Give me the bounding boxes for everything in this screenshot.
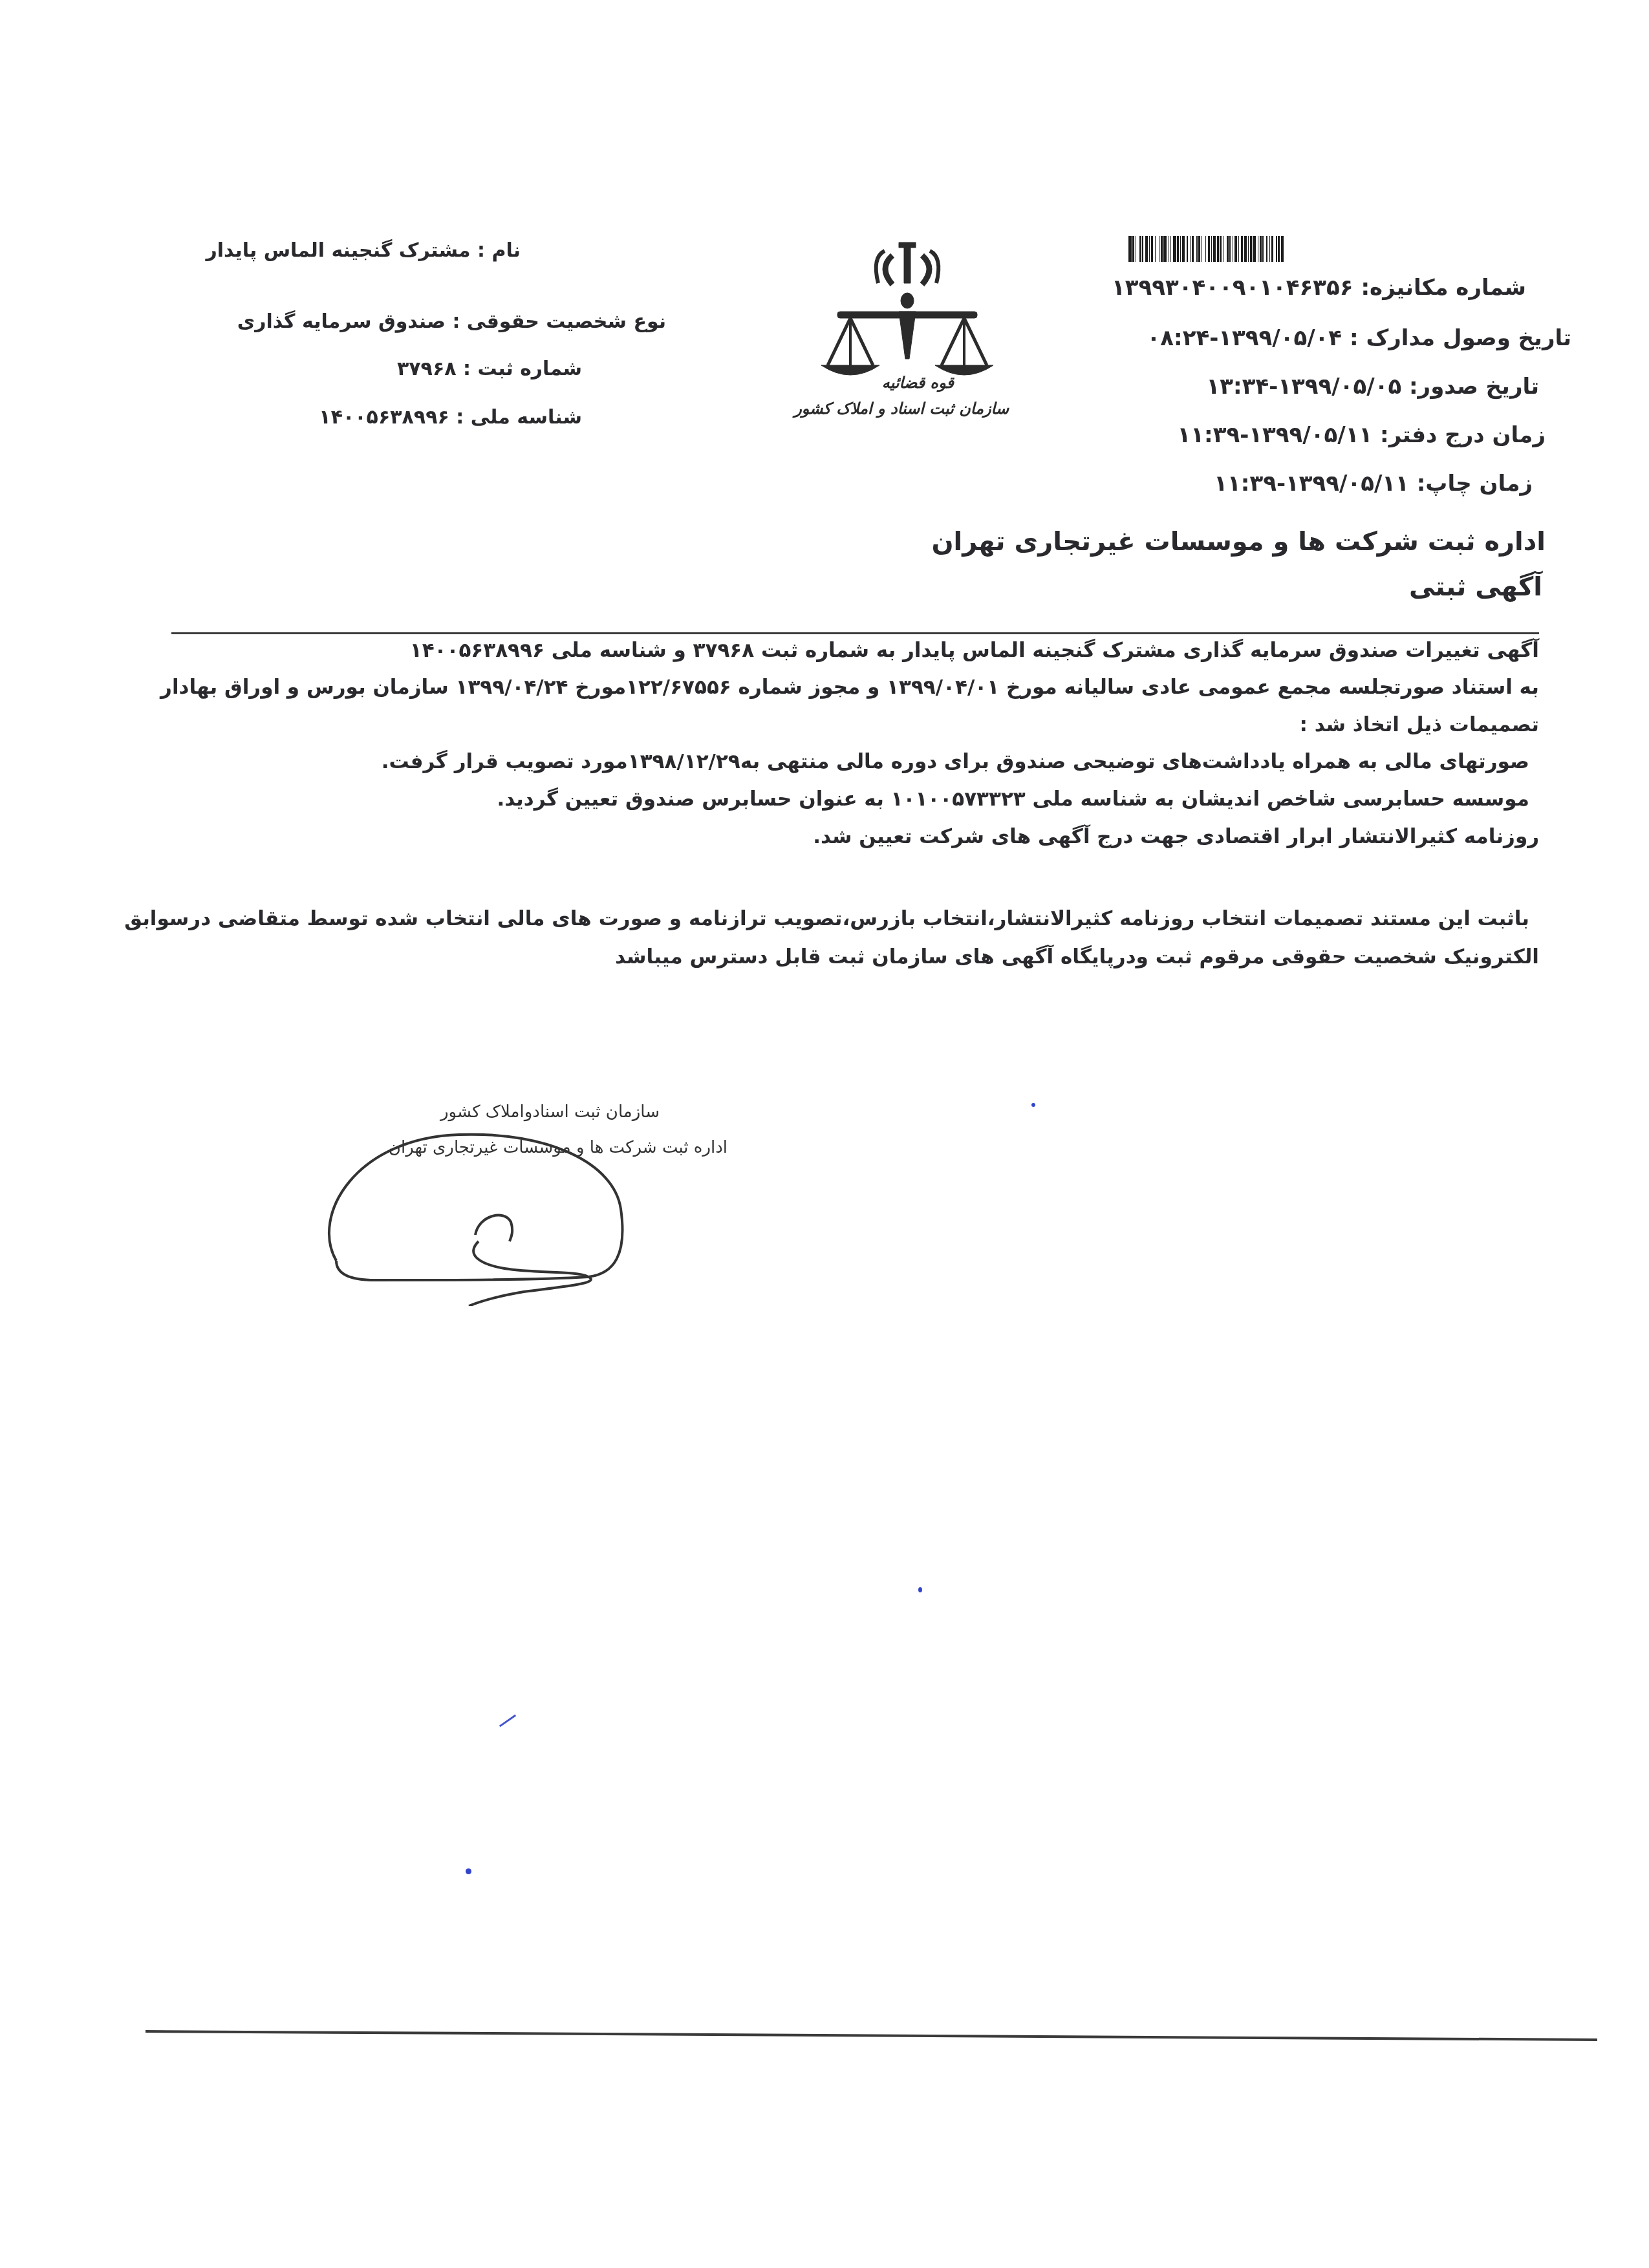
entity-name-value: مشترک گنجینه الماس پایدار: [206, 239, 471, 262]
stray-ink-speck: [1031, 1103, 1035, 1107]
signature-org-line: سازمان ثبت اسنادواملاک کشور: [440, 1102, 660, 1122]
stray-ink-mark: [499, 1715, 516, 1728]
section-divider: [171, 632, 1539, 634]
issue-date: تاریخ صدور: ۱۳۹۹/۰۵/۰۵-۱۳:۳۴: [1207, 374, 1539, 400]
office-title: اداره ثبت شرکت ها و موسسات غیرتجاری تهرا…: [931, 527, 1546, 557]
handwritten-signature: [317, 1125, 679, 1306]
issue-date-value: ۱۳۹۹/۰۵/۰۵-۱۳:۳۴: [1207, 374, 1402, 400]
entity-legal-type: نوع شخصیت حقوقی : صندوق سرمایه گذاری: [237, 310, 666, 333]
barcode: [1128, 236, 1526, 262]
entity-national-id: شناسه ملی : ۱۴۰۰۵۶۳۸۹۹۶: [319, 406, 582, 429]
legal-type-label: نوع شخصیت حقوقی :: [452, 310, 666, 333]
notice-basis-line: به استناد صورتجلسه مجمع عمومی عادی سالیا…: [160, 676, 1539, 699]
decision-auditor: موسسه حسابرسی شاخص اندیشان به شناسه ملی …: [497, 787, 1529, 811]
print-time-value: ۱۳۹۹/۰۵/۱۱-۱۱:۳۹: [1214, 471, 1409, 497]
stray-ink-speck: [918, 1587, 922, 1592]
entity-reg-number: شماره ثبت : ۳۷۹۶۸: [397, 358, 582, 380]
mechanized-number: شماره مکانیزه: ۱۳۹۹۳۰۴۰۰۹۰۱۰۴۶۳۵۶: [1112, 275, 1526, 301]
decision-financial-statements: صورتهای مالی به همراه یادداشت‌های توضیحی…: [382, 750, 1529, 773]
print-time: زمان چاپ: ۱۳۹۹/۰۵/۱۱-۱۱:۳۹: [1214, 471, 1533, 497]
registration-note-line-2: الکترونیک شخصیت حقوقی مرقوم ثبت ودرپایگا…: [615, 945, 1539, 968]
decisions-heading: تصمیمات ذیل اتخاذ شد :: [1299, 713, 1539, 736]
reg-number-label: شماره ثبت :: [463, 358, 582, 380]
mechanized-number-value: ۱۳۹۹۳۰۴۰۰۹۰۱۰۴۶۳۵۶: [1112, 275, 1353, 301]
emblem-line-registry-org: سازمان ثبت اسناد و املاک کشور: [794, 400, 1009, 418]
reg-number-value: ۳۷۹۶۸: [397, 358, 457, 380]
registration-note-line-1: باثبت این مستند تصمیمات انتخاب روزنامه ک…: [124, 907, 1529, 930]
stray-ink-speck: [466, 1868, 471, 1874]
registry-time: زمان درج دفتر: ۱۳۹۹/۰۵/۱۱-۱۱:۳۹: [1178, 422, 1546, 448]
bottom-divider: [145, 2030, 1597, 2041]
legal-type-value: صندوق سرمایه گذاری: [237, 310, 446, 333]
notice-title: آگهی ثبتی: [1409, 572, 1542, 602]
national-id-value: ۱۴۰۰۵۶۳۸۹۹۶: [319, 406, 449, 429]
emblem-line-judiciary: قوه قضائیه: [882, 374, 954, 392]
national-id-label: شناسه ملی :: [456, 406, 582, 429]
registry-time-value: ۱۳۹۹/۰۵/۱۱-۱۱:۳۹: [1178, 422, 1373, 448]
print-time-label: زمان چاپ:: [1417, 471, 1533, 497]
registry-time-label: زمان درج دفتر:: [1380, 422, 1546, 448]
entity-name: نام : مشترک گنجینه الماس پایدار: [206, 239, 521, 262]
notice-intro-line: آگهی تغییرات صندوق سرمایه گذاری مشترک گن…: [410, 639, 1539, 662]
receipt-date-value: ۱۳۹۹/۰۵/۰۴-۰۸:۲۴: [1147, 325, 1342, 351]
mechanized-number-label: شماره مکانیزه:: [1361, 275, 1526, 301]
decision-newspaper: روزنامه کثیرالانتشار ابرار اقتصادی جهت د…: [813, 825, 1539, 848]
judiciary-emblem: قوه قضائیه سازمان ثبت اسناد و املاک کشور: [802, 239, 1015, 433]
entity-name-label: نام :: [477, 239, 521, 262]
receipt-date-label: تاریخ وصول مدارک :: [1350, 325, 1571, 351]
issue-date-label: تاریخ صدور:: [1409, 374, 1539, 400]
receipt-date: تاریخ وصول مدارک : ۱۳۹۹/۰۵/۰۴-۰۸:۲۴: [1147, 325, 1571, 351]
